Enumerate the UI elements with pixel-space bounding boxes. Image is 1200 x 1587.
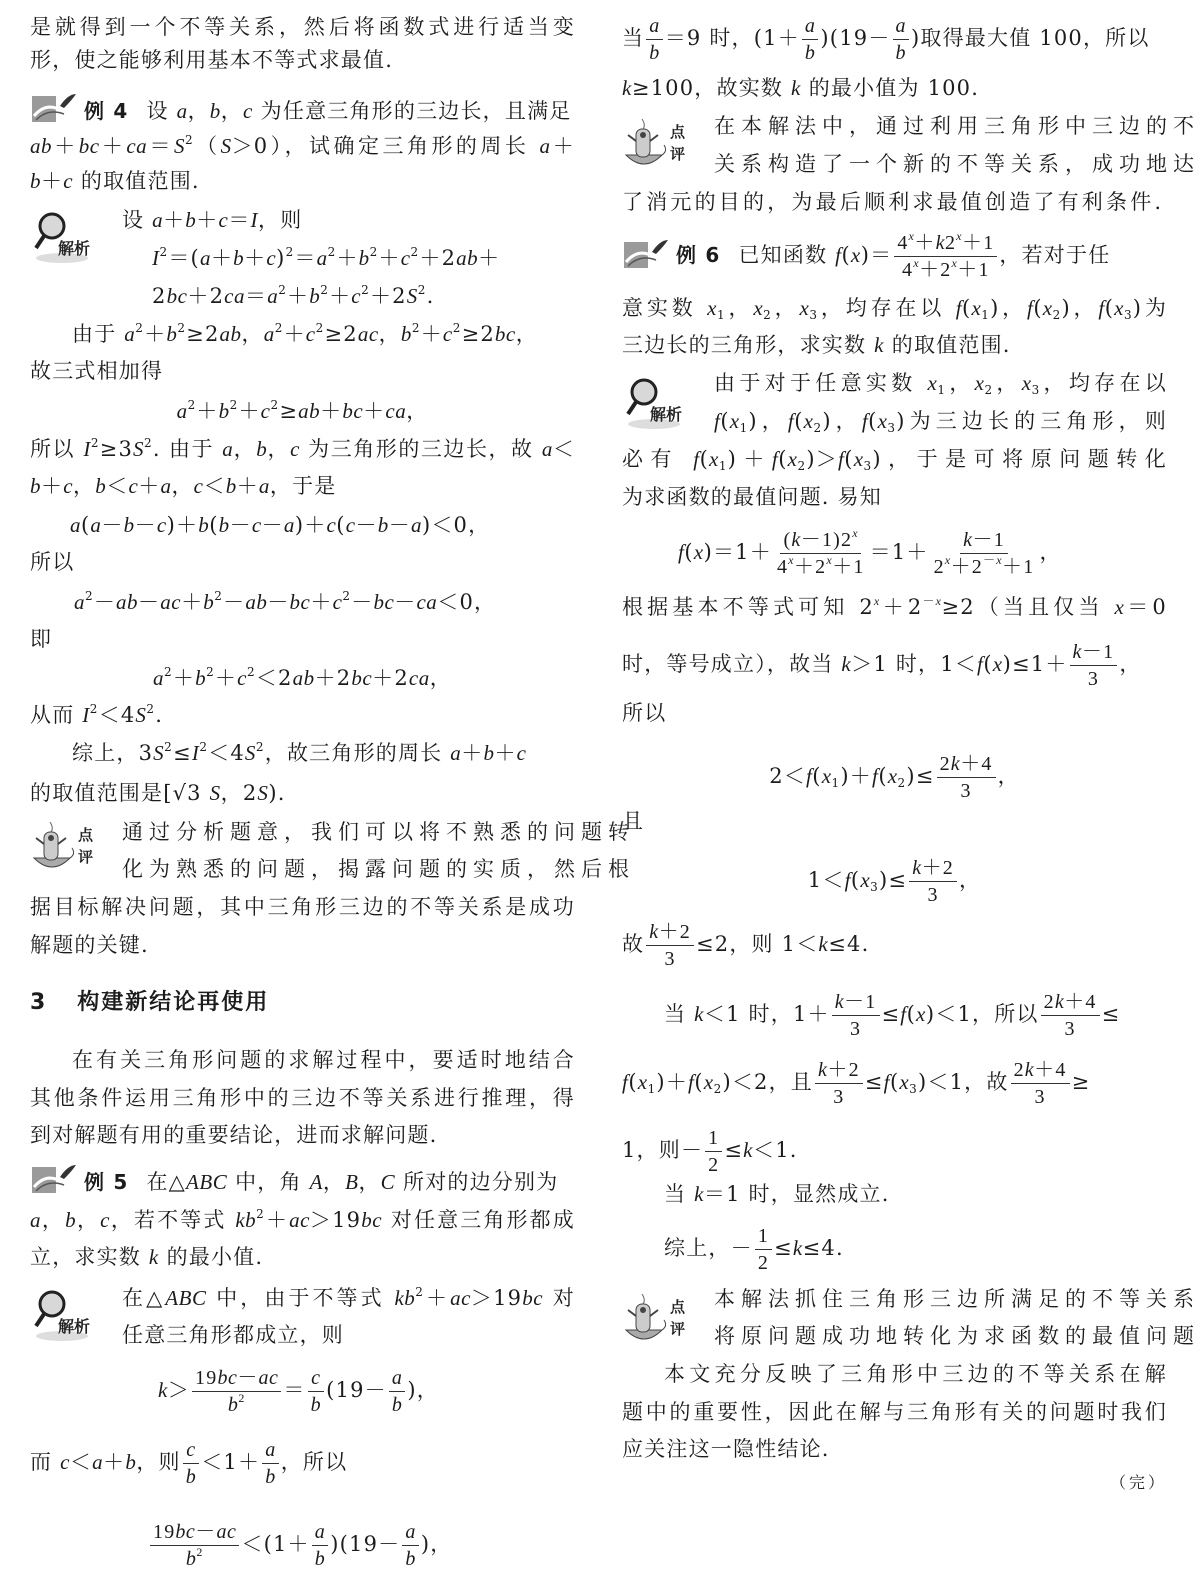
conclusion-line: 应关注这一隐性结论. [622,1434,1167,1464]
solution6-line: f(x1)，f(x2)，f(x3)为三边长的三角形，则 [622,406,1167,436]
example4-line: b＋c 的取值范围. [30,166,575,196]
conclusion-line: 题中的重要性，因此在解与三角形有关的问题时我们 [622,1397,1167,1427]
comment5-line: 关系构造了一个新的不等关系，成功地达到 [622,149,1167,179]
example4-line: 例 4设 a，b，c 为任意三角形的三边长，且满足 [30,96,575,126]
solution4-line: 设 a＋b＋c＝I，则 [30,205,575,235]
solution6-line: 根据基本不等式可知 2x＋2－x≥2（当且仅当 x＝0 [622,592,1167,622]
solution6-line: 为求函数的最值问题. 易知 [622,482,1167,512]
section-heading: 3 构建新结论再使用 [30,987,575,1018]
example6-line: 例 6已知函数 f(x)＝4x＋k2x＋14x＋2x＋1，若对于任 [622,231,1167,280]
comment4-line: 据目标解决问题，其中三角形三边的不等关系是成功 [30,892,575,922]
example4-label: 例 4 [84,99,128,123]
solution6-line: 时，等号成立），故当 k＞1 时，1＜f(x)≤1＋k－13， [622,640,1167,689]
solution5-equation: k＞19bc－acb2＝cb(19－ab)， [30,1366,575,1415]
comment5-line: 在本解法中，通过利用三角形中三边的不等 [622,111,1167,141]
solution6-line: 当 k＜1 时，1＋k－13≤f(x)＜1，所以2k＋43≤ [622,990,1167,1039]
solution4-line: 故三式相加得 [30,356,575,386]
example5-line: 立，求实数 k 的最小值. [30,1242,575,1272]
solution6-equation: 1＜f(x3)≤k＋23， [622,856,1167,905]
example6-label: 例 6 [676,243,720,267]
solution5-line: 而 c＜a＋b，则cb＜1＋ab，所以 [30,1438,575,1487]
solution5-cont-line: k≥100，故实数 k 的最小值为 100. [622,73,1167,103]
example4-line: ab＋bc＋ca＝S2（S＞0），试确定三角形的周长 a＋ [30,131,575,161]
solution6-line: f(x1)＋f(x2)＜2，且k＋23≤f(x3)＜1，故2k＋43≥ [622,1058,1167,1107]
comment4-line: 通过分析题意，我们可以将不熟悉的问题转 [30,817,575,847]
solution4-line: 所以 I2≥3S2. 由于 a，b，c 为三角形的三边长，故 a＜ [30,434,575,464]
solution4-line: 2bc＋2ca＝a2＋b2＋c2＋2S2. [30,281,575,311]
solution5-line: 任意三角形都成立，则 [30,1320,575,1350]
solution6-line: 由于对于任意实数 x1，x2，x3，均存在以 [622,368,1167,398]
solution4-line: I2＝(a＋b＋c)2＝a2＋b2＋c2＋2ab＋ [30,243,575,273]
solution4-equation: a2－ab－ac＋b2－ab－bc＋c2－bc－ca＜0， [30,587,575,617]
solution6-line: 且 [622,806,1167,836]
comment6-line: 本解法抓住三角形三边所满足的不等关系 [622,1284,1167,1314]
solution4-equation: a(a－b－c)＋b(b－c－a)＋c(c－b－a)＜0， [30,510,575,540]
comment4-line: 解题的关键. [30,930,575,960]
intro-line: 形，使之能够利用基本不等式求最值. [30,45,575,75]
solution6-equation: 2＜f(x1)＋f(x2)≤2k＋43， [622,752,1167,801]
solution6-line: 所以 [622,698,1167,728]
solution4-line: 所以 [30,547,575,577]
comment5-line: 了消元的目的，为最后顺利求最值创造了有利条件. [622,187,1167,217]
solution4-line: 即 [30,624,575,654]
example5-label: 例 5 [84,1170,128,1194]
solution5-cont-line: 当ab＝9 时，(1＋ab)(19－ab)取得最大值 100，所以 [622,14,1167,63]
solution6-line: 当 k＝1 时，显然成立. [622,1179,1167,1209]
solution4-line: b＋c，b＜c＋a，c＜b＋a，于是 [30,471,575,501]
solution4-line: 由于 a2＋b2≥2ab，a2＋c2≥2ac，b2＋c2≥2bc， [30,319,575,349]
end-mark: （完） [1110,1470,1167,1493]
example5-line: a，b，c，若不等式 kb2＋ac＞19bc 对任意三角形都成 [30,1205,575,1235]
section3-paragraph-line: 在有关三角形问题的求解过程中，要适时地结合 [30,1045,575,1075]
section3-paragraph-line: 到对解题有用的重要结论，进而求解问题. [30,1120,575,1150]
solution4-equation: a2＋b2＋c2≥ab＋bc＋ca， [30,396,575,426]
section3-paragraph-line: 其他条件运用三角形中的三边不等关系进行推理，得 [30,1083,575,1113]
solution4-line: 从而 I2＜4S2. [30,700,575,730]
example6-line: 三边长的三角形，求实数 k 的取值范围. [622,330,1167,360]
solution6-line: 综上，－12≤k≤4. [622,1224,1167,1273]
section-title: 构建新结论再使用 [77,990,269,1015]
solution6-line: 1，则－12≤k＜1. [622,1126,1167,1175]
example5-line: 例 5在△ABC 中，角 A，B，C 所对的边分别为 [30,1167,575,1197]
section-number: 3 [30,990,47,1015]
solution5-equation: 19bc－acb2＜(1＋ab)(19－ab)， [30,1520,575,1569]
comment4-line: 化为熟悉的问题，揭露问题的实质，然后根 [30,854,575,884]
example6-line: 意实数 x1，x2，x3，均存在以 f(x1)，f(x2)，f(x3)为 [622,293,1167,323]
solution4-line: 综上，3S2≤I2＜4S2，故三角形的周长 a＋b＋c [30,738,575,768]
solution4-line: 的取值范围是[√3 S，2S). [30,778,575,808]
comment6-line: 将原问题成功地转化为求函数的最值问题. [622,1321,1167,1351]
solution6-line: 必有 f(x1)＋f(x2)＞f(x3)，于是可将原问题转化 [622,444,1167,474]
solution6-equation: f(x)＝1＋(k－1)2x4x＋2x＋1＝1＋k－12x＋2－x＋1， [622,528,1167,577]
conclusion-line: 本文充分反映了三角形中三边的不等关系在解 [622,1359,1167,1389]
solution6-line: 故k＋23≤2，则 1＜k≤4. [622,920,1167,969]
intro-line: 是就得到一个不等关系，然后将函数式进行适当变 [30,12,575,42]
solution4-equation: a2＋b2＋c2＜2ab＋2bc＋2ca， [30,663,575,693]
solution5-line: 在△ABC 中，由于不等式 kb2＋ac＞19bc 对 [30,1283,575,1313]
